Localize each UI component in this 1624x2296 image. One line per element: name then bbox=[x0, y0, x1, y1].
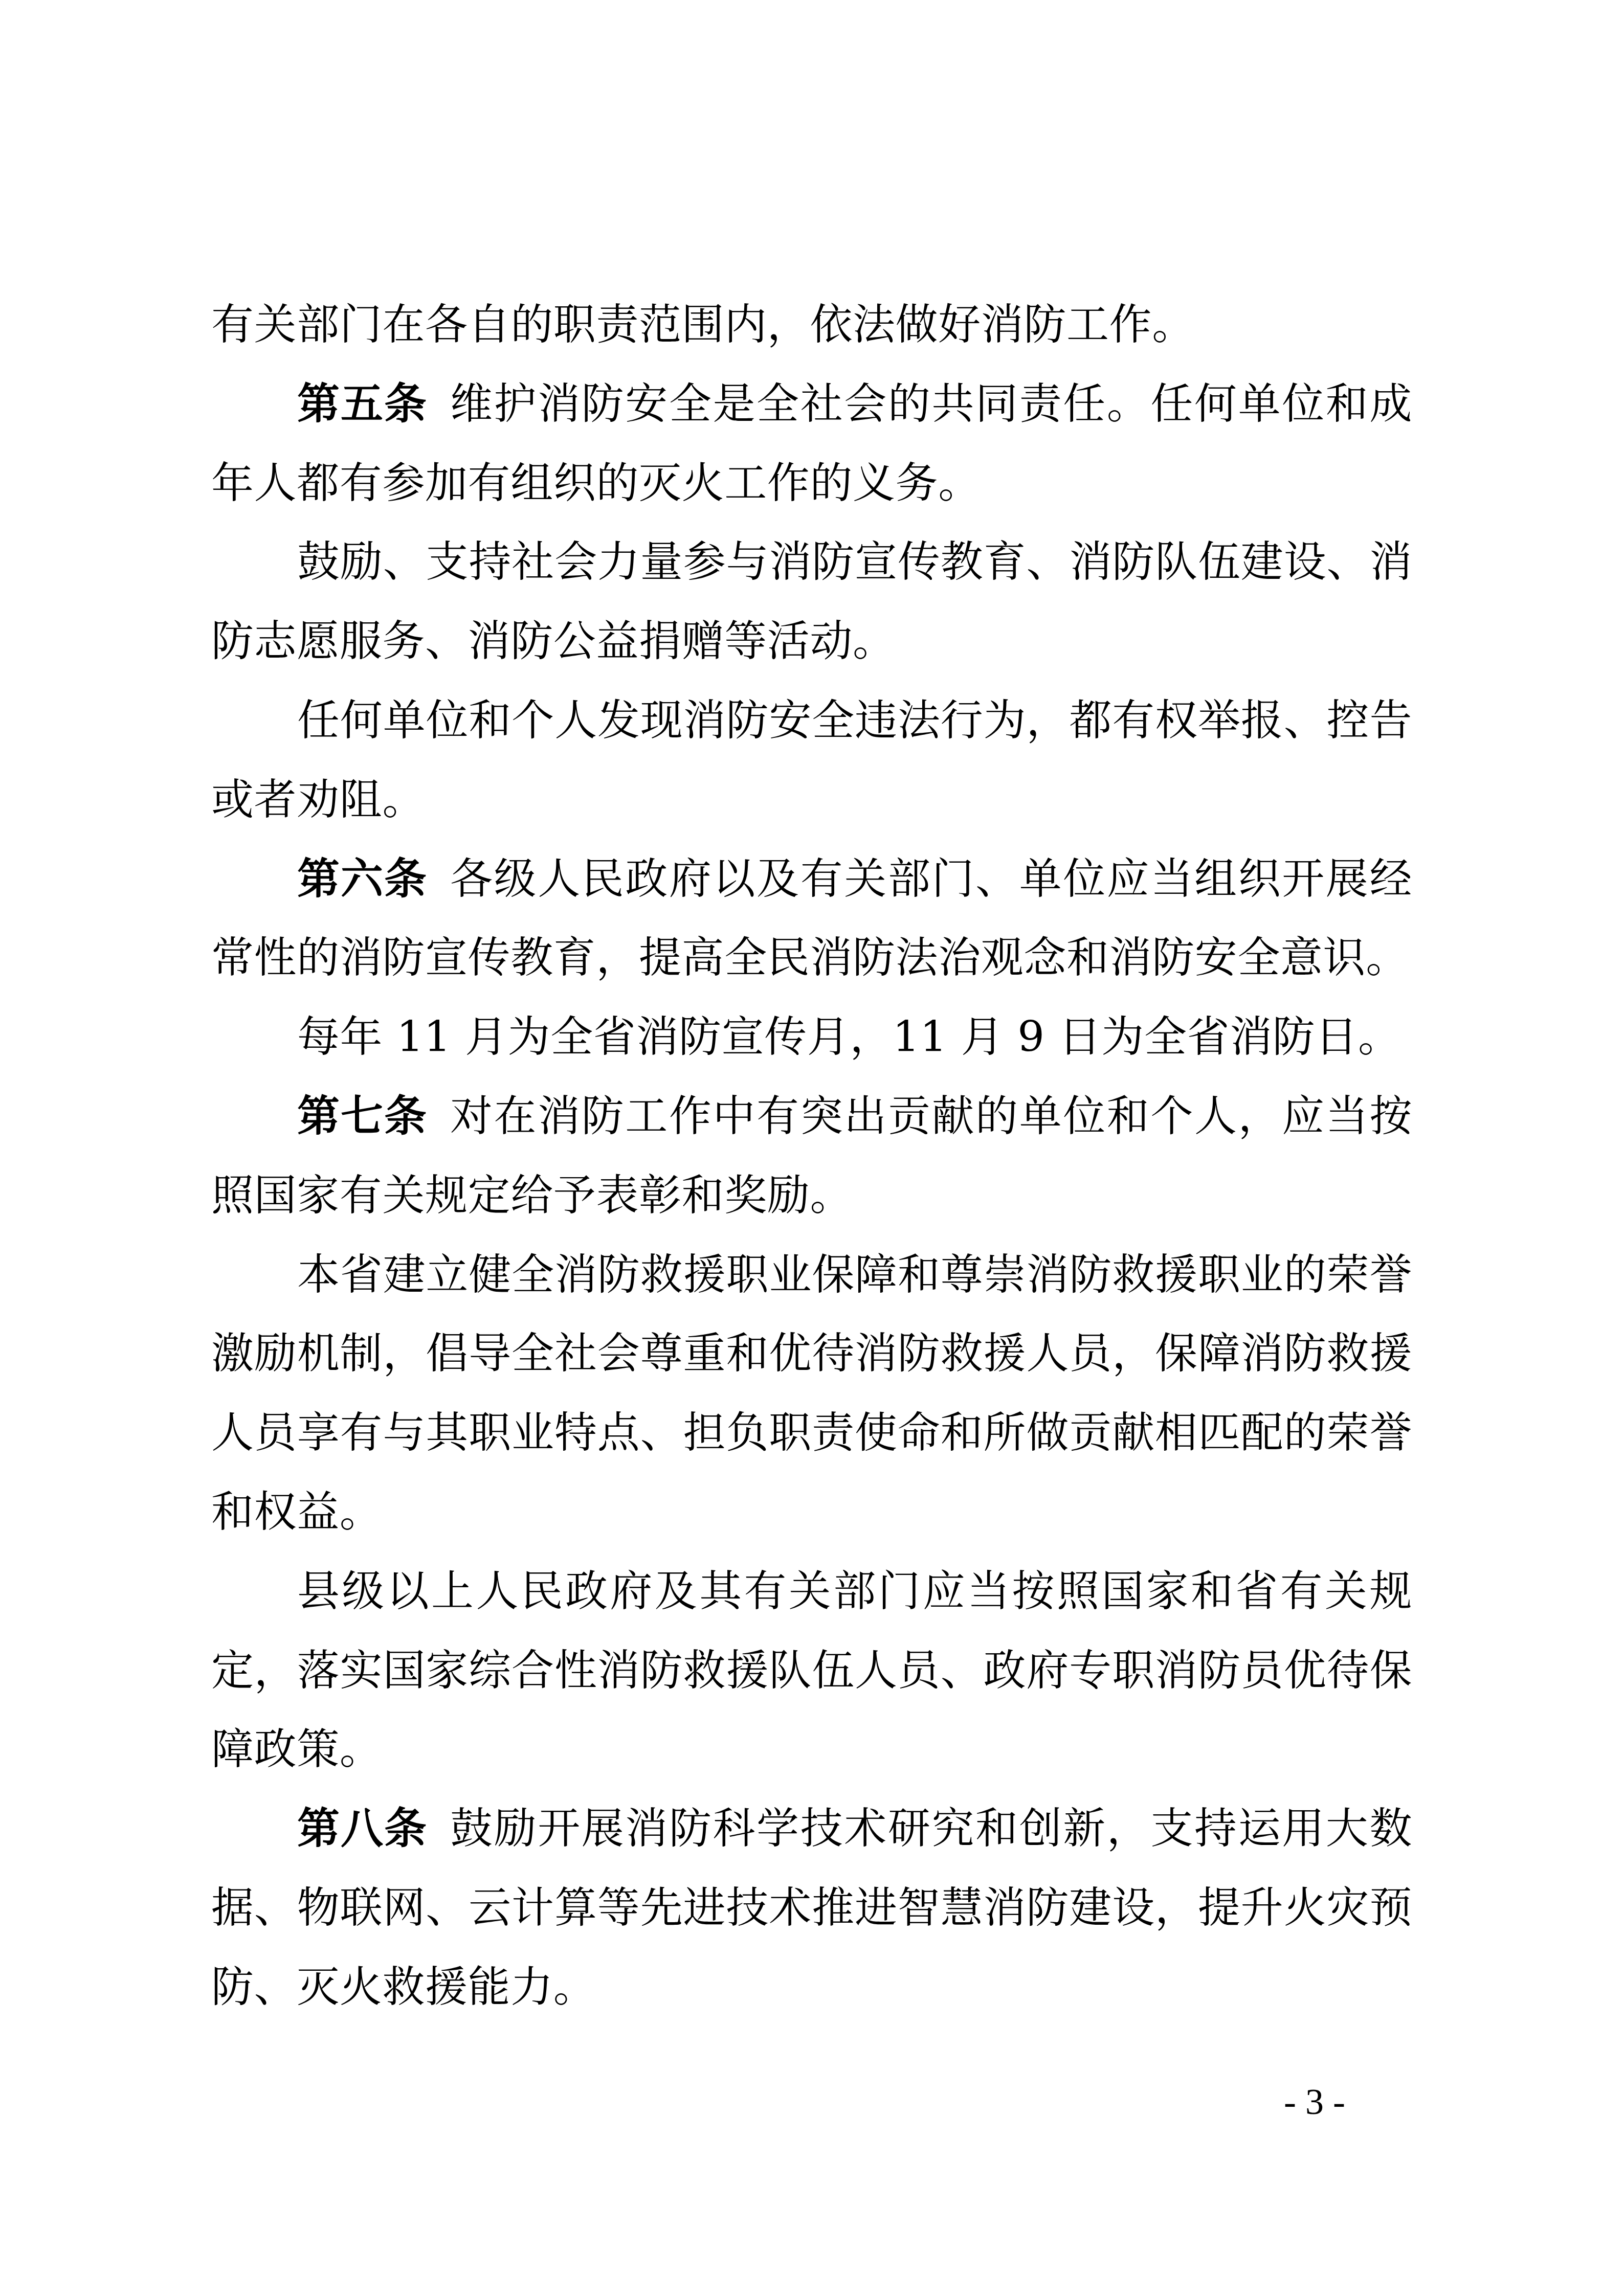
paragraph-text: 有关部门在各自的职责范围内，依法做好消防工作。 bbox=[211, 300, 1195, 349]
article-6-paragraph: 第六条各级人民政府以及有关部门、单位应当组织开展经常性的消防宣传教育，提高全民消… bbox=[211, 840, 1412, 998]
article-7-paragraph: 第七条对在消防工作中有突出贡献的单位和个人，应当按照国家有关规定给予表彰和奖励。 bbox=[211, 1077, 1412, 1235]
paragraph-text: 每年 11 月为全省消防宣传月，11 月 9 日为全省消防日。 bbox=[297, 1012, 1401, 1062]
paragraph-text: 鼓励、支持社会力量参与消防宣传教育、消防队伍建设、消防志愿服务、消防公益捐赠等活… bbox=[211, 537, 1412, 666]
document-body: 有关部门在各自的职责范围内，依法做好消防工作。 第五条维护消防安全是全社会的共同… bbox=[211, 285, 1412, 2027]
article-8-paragraph: 第八条鼓励开展消防科学技术研究和创新，支持运用大数据、物联网、云计算等先进技术推… bbox=[211, 1789, 1412, 2027]
paragraph-continuation: 有关部门在各自的职责范围内，依法做好消防工作。 bbox=[211, 285, 1412, 365]
article-label: 第五条 bbox=[297, 379, 428, 429]
paragraph-text: 本省建立健全消防救援职业保障和尊崇消防救援职业的荣誉激励机制，倡导全社会尊重和优… bbox=[211, 1250, 1412, 1537]
paragraph: 县级以上人民政府及其有关部门应当按照国家和省有关规定，落实国家综合性消防救援队伍… bbox=[211, 1552, 1412, 1789]
paragraph: 每年 11 月为全省消防宣传月，11 月 9 日为全省消防日。 bbox=[211, 998, 1412, 1077]
paragraph-text: 任何单位和个人发现消防安全违法行为，都有权举报、控告或者劝阻。 bbox=[211, 695, 1412, 824]
paragraph-text: 县级以上人民政府及其有关部门应当按照国家和省有关规定，落实国家综合性消防救援队伍… bbox=[211, 1566, 1412, 1774]
page-number: - 3 - bbox=[1263, 2076, 1366, 2127]
article-label: 第八条 bbox=[297, 1804, 428, 1853]
article-label: 第七条 bbox=[297, 1091, 428, 1141]
paragraph: 鼓励、支持社会力量参与消防宣传教育、消防队伍建设、消防志愿服务、消防公益捐赠等活… bbox=[211, 523, 1412, 681]
article-5-paragraph: 第五条维护消防安全是全社会的共同责任。任何单位和成年人都有参加有组织的灭火工作的… bbox=[211, 365, 1412, 523]
article-label: 第六条 bbox=[297, 854, 428, 904]
document-page: 有关部门在各自的职责范围内，依法做好消防工作。 第五条维护消防安全是全社会的共同… bbox=[0, 0, 1624, 2296]
paragraph: 本省建立健全消防救援职业保障和尊崇消防救援职业的荣誉激励机制，倡导全社会尊重和优… bbox=[211, 1235, 1412, 1552]
paragraph: 任何单位和个人发现消防安全违法行为，都有权举报、控告或者劝阻。 bbox=[211, 681, 1412, 840]
